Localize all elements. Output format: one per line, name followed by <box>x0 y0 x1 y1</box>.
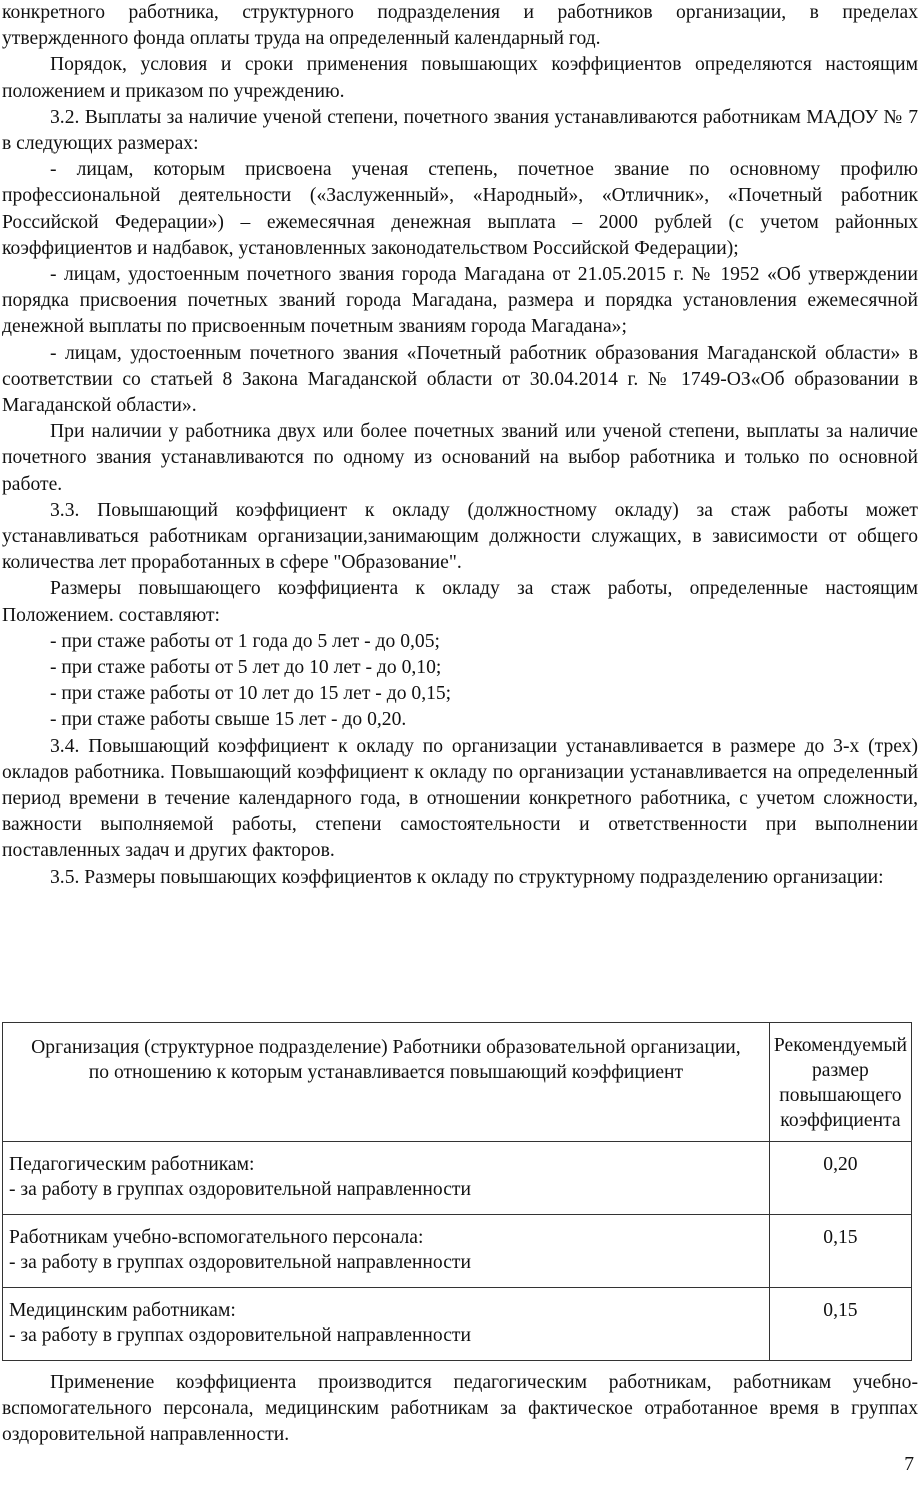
paragraph-continuation-line-2: утвержденного фонда оплаты труда на опре… <box>2 26 918 52</box>
closing-section: Применение коэффициента производится пед… <box>2 1370 918 1449</box>
category-label: Педагогическим работникам: <box>9 1152 763 1177</box>
table-header-row: Организация (структурное подразделение) … <box>3 1023 912 1142</box>
table-cell-category: Медицинским работникам: - за работу в гр… <box>3 1288 770 1361</box>
list-item-academic-degree: - лицам, которым присвоена ученая степен… <box>2 157 918 262</box>
table-row: Работникам учебно-вспомогательного персо… <box>3 1215 912 1288</box>
experience-list-item: - при стаже работы свыше 15 лет - до 0,2… <box>2 707 918 733</box>
category-detail: - за работу в группах оздоровительной на… <box>9 1177 763 1202</box>
coefficients-table: Организация (структурное подразделение) … <box>2 1022 912 1361</box>
table-row: Педагогическим работникам: - за работу в… <box>3 1142 912 1215</box>
section-3-5: 3.5. Размеры повышающих коэффициентов к … <box>2 865 918 891</box>
category-label: Медицинским работникам: <box>9 1298 763 1323</box>
section-3-2: 3.2. Выплаты за наличие ученой степени, … <box>2 105 918 157</box>
experience-list-item: - при стаже работы от 1 года до 5 лет - … <box>2 629 918 655</box>
category-label: Работникам учебно-вспомогательного персо… <box>9 1225 763 1250</box>
category-detail: - за работу в группах оздоровительной на… <box>9 1250 763 1275</box>
table-cell-value: 0,15 <box>769 1215 911 1288</box>
paragraph-application: Применение коэффициента производится пед… <box>2 1370 918 1449</box>
document-page: конкретного работника, структурного подр… <box>2 0 918 891</box>
table-cell-value: 0,20 <box>769 1142 911 1215</box>
paragraph-experience-sizes: Размеры повышающего коэффициента к оклад… <box>2 576 918 628</box>
category-detail: - за работу в группах оздоровительной на… <box>9 1323 763 1348</box>
table-row: Медицинским работникам: - за работу в гр… <box>3 1288 912 1361</box>
list-item-magadan-city-title: - лицам, удостоенным почетного звания го… <box>2 262 918 341</box>
paragraph-multiple-titles: При наличии у работника двух или более п… <box>2 419 918 498</box>
paragraph-procedure: Порядок, условия и сроки применения повы… <box>2 52 918 104</box>
list-item-magadan-region-title: - лицам, удостоенным почетного звания «П… <box>2 341 918 420</box>
experience-list-item: - при стаже работы от 10 лет до 15 лет -… <box>2 681 918 707</box>
table-cell-value: 0,15 <box>769 1288 911 1361</box>
table-header-organization: Организация (структурное подразделение) … <box>3 1023 770 1142</box>
table-header-coefficient: Рекомендуемый размер повышающего коэффиц… <box>769 1023 911 1142</box>
table-cell-category: Педагогическим работникам: - за работу в… <box>3 1142 770 1215</box>
section-3-3: 3.3. Повышающий коэффициент к окладу (до… <box>2 498 918 577</box>
experience-list-item: - при стаже работы от 5 лет до 10 лет - … <box>2 655 918 681</box>
paragraph-continuation-line-1: конкретного работника, структурного подр… <box>2 0 918 26</box>
page-number: 7 <box>904 1454 914 1476</box>
table-cell-category: Работникам учебно-вспомогательного персо… <box>3 1215 770 1288</box>
section-3-4: 3.4. Повышающий коэффициент к окладу по … <box>2 734 918 865</box>
